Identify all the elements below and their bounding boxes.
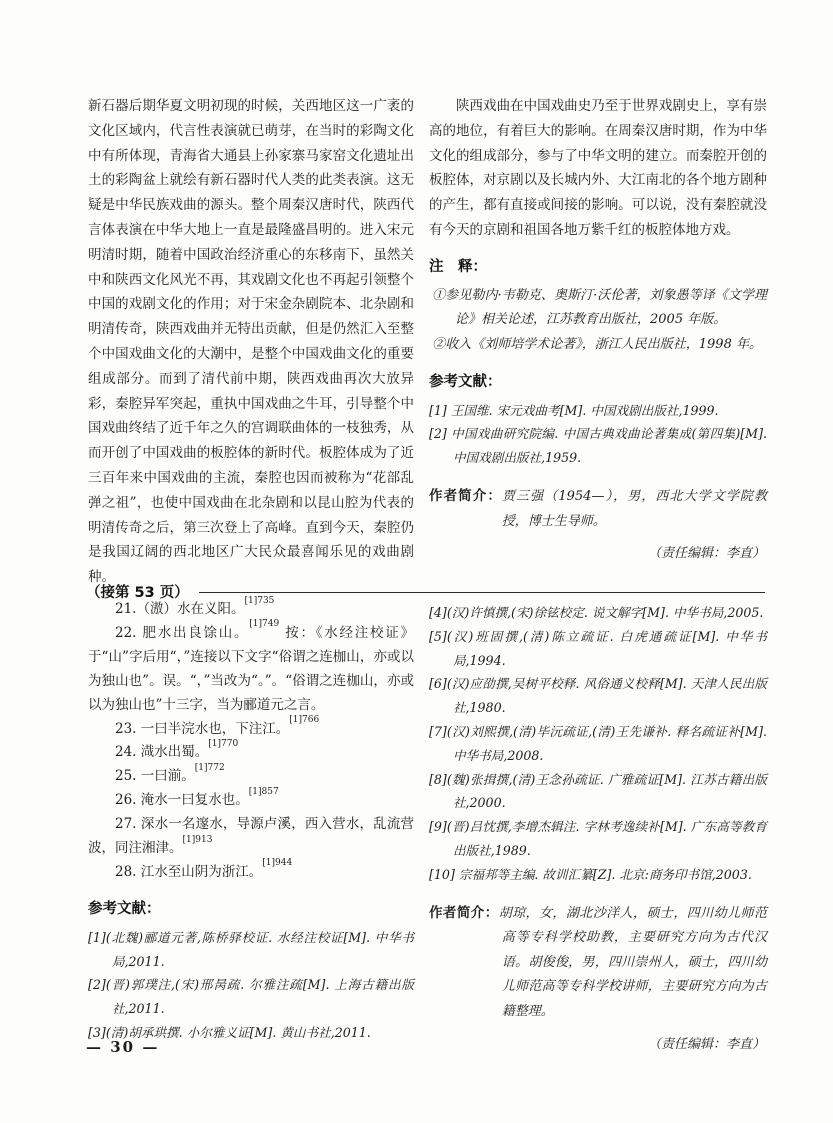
article2-right-column: [4](汉)许慎撰,(宋)徐铉校定. 说文解字[M]. 中华书局,2005.[5… (429, 601, 767, 1057)
author-bio-bottom: 作者简介：胡琼，女，湖北沙洋人，硕士，四川幼儿师范高等专科学校助教，主要研究方向… (429, 901, 767, 1025)
collation-item-text: 24. 渽水出蜀。 (115, 744, 208, 760)
citation-superscript: [1]944 (262, 858, 292, 868)
citation-superscript: [1]749 (249, 619, 279, 629)
reference-item: [10] 宗福邦等主编. 故训汇纂[Z]. 北京:商务印书馆,2003. (429, 863, 767, 887)
article1-right-column: 陕西戏曲在中国戏曲史乃至于世界戏剧史上，享有崇高的地位，有着巨大的影响。在周秦汉… (429, 94, 767, 566)
collation-item-text: 25. 一曰湔。 (115, 768, 195, 784)
reference-item: [9](晋)吕忱撰,李增杰辑注. 字林考逸续补[M]. 广东高等教育出版社,19… (429, 815, 767, 863)
collation-item-text: 27. 深水一名邃水，导源卢溪，西入营水，乱流营波，同注湘津。 (88, 816, 414, 856)
references-heading-bottom: 参考文献： (88, 899, 414, 919)
reference-item: [1] 王国维. 宋元戏曲考[M]. 中国戏剧出版社,1999. (429, 399, 767, 423)
citation-superscript: [1]857 (249, 787, 279, 797)
reference-item: [2](晋)郭璞注,(宋)邢昺疏. 尔雅注疏[M]. 上海古籍出版社,2011. (88, 973, 414, 1021)
journal-page: 新石器后期华夏文明初现的时候，关西地区这一广袤的文化区域内，代言性表演就已萌芽，… (0, 0, 833, 1123)
notes-heading: 注 释： (429, 257, 767, 277)
article1-continuation-paragraph: 新石器后期华夏文明初现的时候，关西地区这一广袤的文化区域内，代言性表演就已萌芽，… (88, 94, 414, 590)
author-bio-text: 贾三强（1954—），男，西北大学文学院教授，博士生导师。 (502, 489, 767, 529)
article1-left-column: 新石器后期华夏文明初现的时候，关西地区这一广袤的文化区域内，代言性表演就已萌芽，… (88, 94, 414, 590)
collation-item-text: 22. 肥水出良馀山。 (115, 625, 249, 641)
reference-item: [6](汉)应劭撰,吴树平校释. 风俗通义校释[M]. 天津人民出版社,1980… (429, 672, 767, 720)
collation-items: 21.（滶）水在义阳。[1]73522. 肥水出良馀山。[1]749 按：《水经… (88, 598, 414, 885)
collation-item-text: 28. 江水至山阴为浙江。 (115, 864, 262, 880)
citation-superscript: [1]772 (195, 763, 225, 773)
reference-item: [1](北魏)郦道元著,陈桥驿校证. 水经注校证[M]. 中华书局,2011. (88, 926, 414, 974)
reference-item: [5](汉)班固撰,(清)陈立疏证. 白虎通疏证[M]. 中华书局,1994. (429, 625, 767, 673)
collation-item-text: 23. 一曰半浣水也，下注江。 (115, 721, 289, 737)
collation-item: 26. 淹水一曰复水也。[1]857 (88, 789, 414, 813)
editor-note-bottom: （责任编辑：李直） (429, 1033, 765, 1057)
author-bio-label: 作者简介： (429, 488, 502, 504)
collation-item: 25. 一曰湔。[1]772 (88, 765, 414, 789)
notes-list: ①参见勒内·韦勒克、奥斯汀·沃伦著，刘象愚等译《文学理论》相关论述，江苏教育出版… (429, 284, 767, 358)
article1-closing-paragraph: 陕西戏曲在中国戏曲史乃至于世界戏剧史上，享有崇高的地位，有着巨大的影响。在周秦汉… (429, 94, 767, 243)
note-item: ①参见勒内·韦勒克、奥斯汀·沃伦著，刘象愚等译《文学理论》相关论述，江苏教育出版… (429, 284, 767, 333)
divider-rule (199, 592, 765, 593)
citation-superscript: [1]913 (183, 835, 213, 845)
reference-item: [4](汉)许慎撰,(宋)徐铉校定. 说文解字[M]. 中华书局,2005. (429, 601, 767, 625)
collation-item: 22. 肥水出良馀山。[1]749 按：《水经注校证》于“山”字后用“，”连接以… (88, 622, 414, 718)
author-bio-text: 胡琼，女，湖北沙洋人，硕士，四川幼儿师范高等专科学校助教，主要研究方向为古代汉语… (499, 906, 767, 1019)
citation-superscript: [1]770 (208, 739, 238, 749)
collation-item: 28. 江水至山阴为浙江。[1]944 (88, 861, 414, 885)
reference-item: [8](魏)张揖撰,(清)王念孙疏证. 广雅疏证[M]. 江苏古籍出版社,200… (429, 768, 767, 816)
note-item: ②收入《刘师培学术论著》，浙江人民出版社，1998 年。 (429, 333, 767, 358)
editor-note-top: （责任编辑：李直） (429, 542, 765, 566)
collation-item-text: 21.（滶）水在义阳。 (115, 601, 244, 617)
citation-superscript: [1]766 (289, 715, 319, 725)
references-list-bottom-right: [4](汉)许慎撰,(宋)徐铉校定. 说文解字[M]. 中华书局,2005.[5… (429, 601, 767, 887)
reference-item: [7](汉)刘熙撰,(清)毕沅疏证,(清)王先谦补. 释名疏证补[M]. 中华书… (429, 720, 767, 768)
references-heading-top: 参考文献： (429, 372, 767, 392)
article2-left-column: 21.（滶）水在义阳。[1]73522. 肥水出良馀山。[1]749 按：《水经… (88, 598, 414, 1045)
citation-superscript: [1]735 (244, 596, 274, 606)
reference-item: [2] 中国戏曲研究院编. 中国古典戏曲论著集成(第四集)[M]. 中国戏剧出版… (429, 422, 767, 470)
references-list-bottom-left: [1](北魏)郦道元著,陈桥驿校证. 水经注校证[M]. 中华书局,2011.[… (88, 926, 414, 1045)
page-number: — 30 — (86, 1038, 159, 1056)
collation-item-text: 26. 淹水一曰复水也。 (115, 792, 249, 808)
references-list-top: [1] 王国维. 宋元戏曲考[M]. 中国戏剧出版社,1999.[2] 中国戏曲… (429, 399, 767, 470)
author-bio-top: 作者简介：贾三强（1954—），男，西北大学文学院教授，博士生导师。 (429, 484, 767, 534)
collation-item: 23. 一曰半浣水也，下注江。[1]766 (88, 718, 414, 742)
collation-item: 24. 渽水出蜀。[1]770 (88, 741, 414, 765)
collation-item: 27. 深水一名邃水，导源卢溪，西入营水，乱流营波，同注湘津。[1]913 (88, 813, 414, 861)
author-bio-label: 作者简介： (429, 905, 499, 921)
